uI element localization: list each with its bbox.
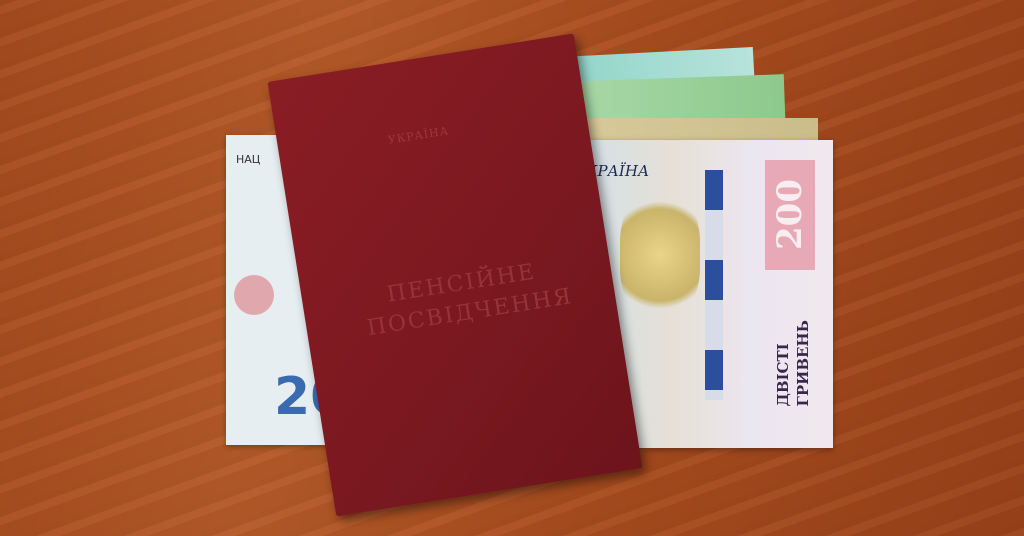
booklet-title: ПЕНСІЙНЕ ПОСВІДЧЕННЯ (360, 254, 567, 345)
banknote-bank-text: НАЦ (236, 153, 260, 166)
banknote-value: 200 (765, 160, 815, 270)
banknote-value-words: ДВІСТІ ГРИВЕНЬ (773, 320, 813, 406)
flower-illustration (620, 190, 700, 320)
security-strip (705, 170, 723, 400)
seal-emblem (234, 275, 274, 315)
booklet-country: УКРАЇНА (387, 124, 450, 146)
